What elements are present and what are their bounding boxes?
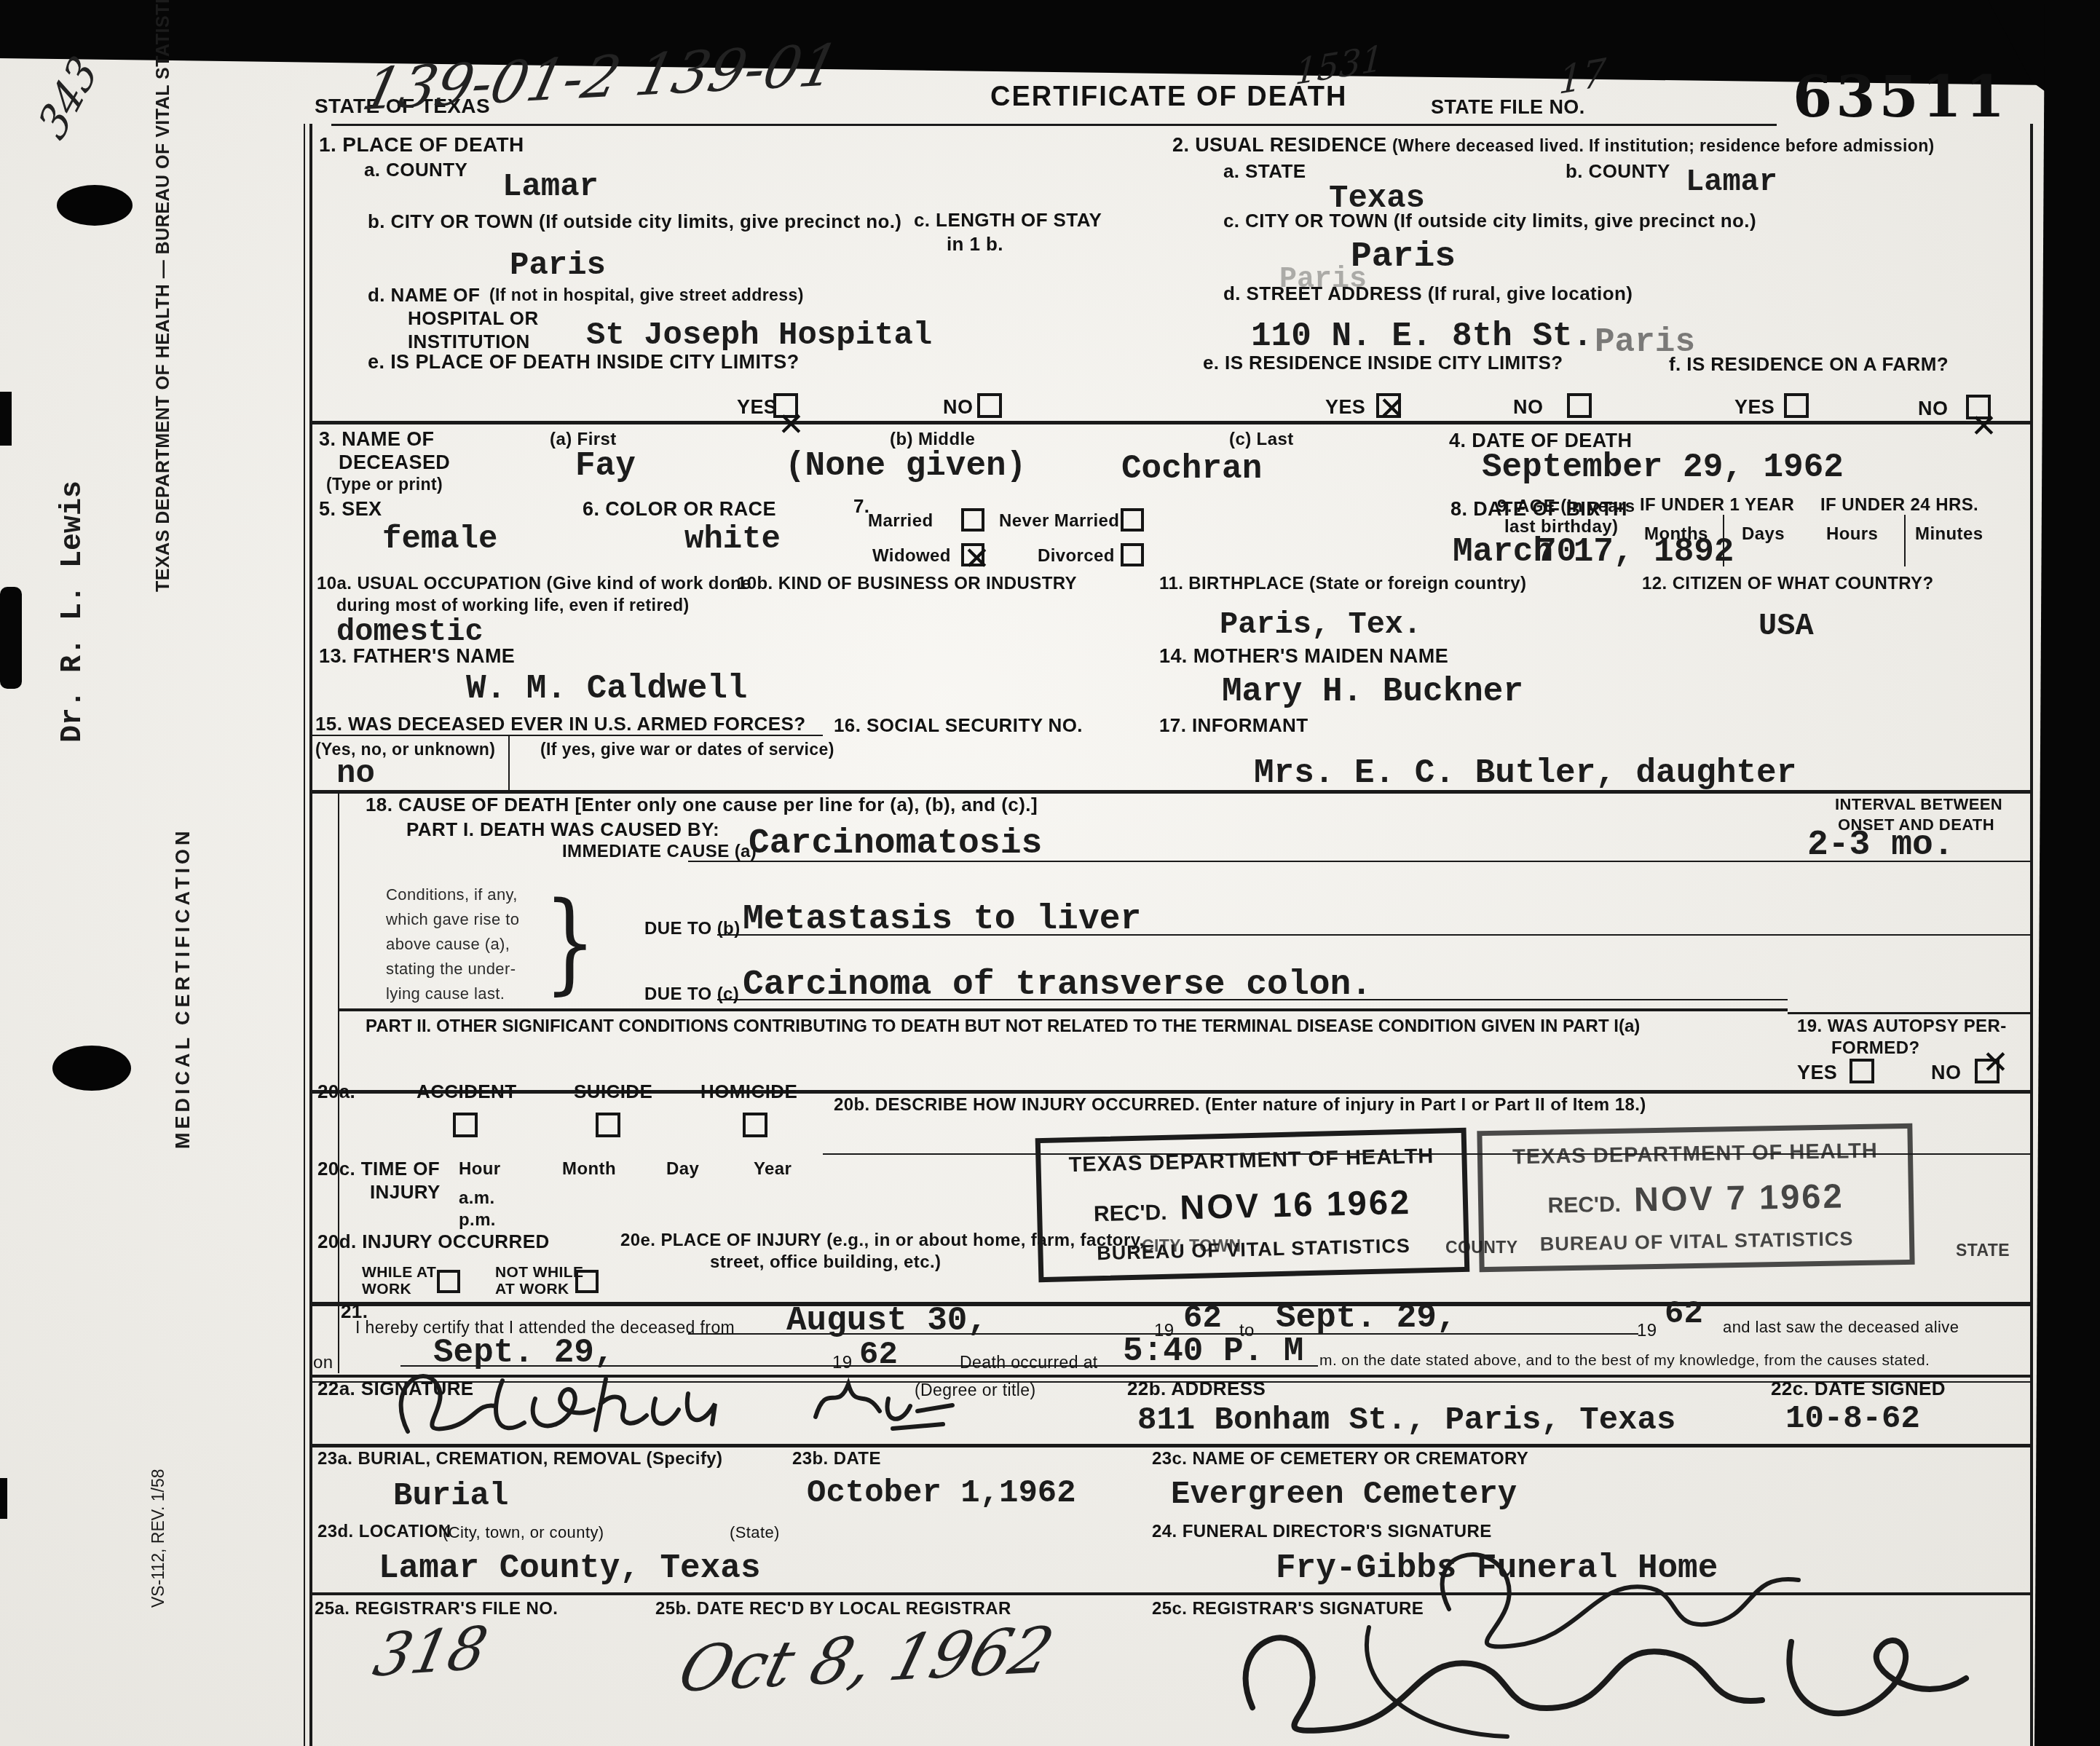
occupation-label2: during most of working life, even if ret… xyxy=(336,596,689,615)
location-sub2: (State) xyxy=(730,1523,780,1542)
location-sub1: (City, town, or county) xyxy=(443,1523,604,1542)
burial-value: Burial xyxy=(393,1478,508,1514)
occupation-label: 10a. USUAL OCCUPATION (Give kind of work… xyxy=(317,574,751,594)
while-at-work-label2: WORK xyxy=(362,1281,411,1298)
attended-to-value: Sept. 29, xyxy=(1276,1299,1456,1337)
autopsy-yes-checkbox xyxy=(1850,1059,1874,1083)
address-value: 811 Bonham St., Paris, Texas xyxy=(1137,1402,1675,1439)
due-to-c-value: Carcinoma of transverse colon. xyxy=(743,965,1372,1005)
stamp-agency-text: TEXAS DEPARTMENT OF HEALTH xyxy=(1512,1139,1878,1170)
father-label: 13. FATHER'S NAME xyxy=(319,645,515,668)
cert-text-2: and last saw the deceased alive xyxy=(1723,1318,1959,1337)
pod-no-label: NO xyxy=(943,396,973,419)
accident-label: ACCIDENT xyxy=(417,1081,517,1103)
res-county-value: Lamar xyxy=(1686,165,1777,200)
immediate-cause-label: IMMEDIATE CAUSE (a) xyxy=(562,842,757,862)
res-yes-label: YES xyxy=(1325,396,1365,419)
not-while-label1: NOT WHILE xyxy=(495,1264,583,1281)
never-married-label: Never Married xyxy=(999,511,1119,532)
rule xyxy=(508,735,510,790)
cert-19-b: 19 xyxy=(1637,1321,1657,1341)
res-no-label: NO xyxy=(1513,396,1543,419)
under-24-hrs-label: IF UNDER 24 HRS. xyxy=(1820,495,1978,515)
farm-no-label: NO xyxy=(1918,398,1948,420)
suicide-label: SUICIDE xyxy=(574,1081,652,1103)
pod-hospital-label: d. NAME OF xyxy=(368,284,480,307)
conditions-note-3: above cause (a), xyxy=(386,935,510,954)
due-to-c-label: DUE TO (c) xyxy=(644,984,739,1005)
attended-from-value: August 30, xyxy=(786,1302,987,1340)
suicide-checkbox xyxy=(596,1113,620,1137)
conditions-note-1: Conditions, if any, xyxy=(386,885,518,904)
margin-agency-text: TEXAS DEPARTMENT OF HEALTH — BUREAU OF V… xyxy=(153,195,174,592)
pod-section-label: 1. PLACE OF DEATH xyxy=(319,133,524,157)
injury-20e-label2: street, office building, etc.) xyxy=(710,1252,941,1273)
scan-speck xyxy=(0,1478,7,1519)
accident-checkbox xyxy=(453,1113,478,1137)
physician-signature-script xyxy=(379,1359,954,1453)
received-stamp-nov7: TEXAS DEPARTMENT OF HEALTH REC'D.NOV 7 1… xyxy=(1477,1123,1914,1272)
pod-city-label: b. CITY OR TOWN (If outside city limits,… xyxy=(368,210,901,233)
armed-forces-label: 15. WAS DECEASED EVER IN U.S. ARMED FORC… xyxy=(315,713,806,735)
race-label: 6. COLOR OR RACE xyxy=(583,498,776,521)
sex-label: 5. SEX xyxy=(319,498,382,521)
stamp-date: NOV 7 1962 xyxy=(1633,1176,1844,1220)
scan-edge-right xyxy=(2034,0,2100,1746)
res-section-label: 2. USUAL RESIDENCE xyxy=(1172,134,1387,157)
rule xyxy=(1788,1012,2032,1014)
injury-20c-label2: INJURY xyxy=(370,1181,441,1204)
burial-date-label: 23b. DATE xyxy=(792,1449,881,1469)
margin-doctor-name: Dr. R. L. Lewis xyxy=(57,415,90,743)
not-while-label2: AT WORK xyxy=(495,1281,569,1298)
not-while-checkbox xyxy=(575,1270,599,1293)
pod-city-value: Paris xyxy=(510,248,606,284)
res-street-value: 110 N. E. 8th St. xyxy=(1251,317,1592,355)
pod-no-checkbox xyxy=(977,393,1002,418)
while-at-work-checkbox xyxy=(437,1270,460,1293)
res-inside-city-label: e. IS RESIDENCE INSIDE CITY LIMITS? xyxy=(1203,352,1563,374)
cert-on-label: on xyxy=(313,1353,333,1373)
pod-hospital-paren: (If not in hospital, give street address… xyxy=(489,285,804,305)
cause-part1: PART I. DEATH WAS CAUSED BY: xyxy=(406,818,719,841)
mother-label: 14. MOTHER'S MAIDEN NAME xyxy=(1159,645,1448,668)
pod-hospital-label2: HOSPITAL OR xyxy=(408,307,539,330)
year-label: Year xyxy=(754,1159,792,1180)
margin-medical-certification: MEDICAL CERTIFICATION xyxy=(172,821,194,1149)
ssn-label: 16. SOCIAL SECURITY NO. xyxy=(834,714,1083,737)
burial-date-value: October 1,1962 xyxy=(807,1475,1076,1512)
rule xyxy=(338,1008,1788,1011)
am-label: a.m. xyxy=(459,1188,495,1209)
pod-inside-city-label: e. IS PLACE OF DEATH INSIDE CITY LIMITS? xyxy=(368,351,800,374)
autopsy-no-checkbox xyxy=(1975,1059,2000,1083)
married-label: Married xyxy=(868,511,933,532)
certificate-number: 63511 xyxy=(1793,64,2008,130)
registrar-date-value: Oct 8, 1962 xyxy=(671,1613,1061,1707)
res-county-label: b. COUNTY xyxy=(1566,160,1670,183)
date-of-death-value: September 29, 1962 xyxy=(1482,449,1844,486)
res-no-checkbox xyxy=(1567,393,1592,418)
farm-no-checkbox xyxy=(1966,395,1991,419)
first-name-value: Fay xyxy=(575,447,636,485)
immediate-cause-value: Carcinomatosis xyxy=(749,824,1042,864)
citizen-value: USA xyxy=(1758,609,1814,644)
autopsy-yes-label: YES xyxy=(1797,1062,1837,1084)
farm-yes-label: YES xyxy=(1734,396,1775,419)
scan-speck xyxy=(12,635,22,667)
hours-label: Hours xyxy=(1826,524,1878,545)
informant-value: Mrs. E. C. Butler, daughter xyxy=(1254,754,1796,792)
interval-label1: INTERVAL BETWEEN xyxy=(1835,795,2002,814)
day-label: Day xyxy=(666,1159,699,1180)
margin-page-number: 343 xyxy=(29,47,106,149)
location-value: Lamar County, Texas xyxy=(379,1549,761,1587)
stamp-bureau-text: BUREAU OF VITAL STATISTICS xyxy=(1540,1228,1854,1256)
injury-20a-label: 20a. xyxy=(317,1081,355,1103)
state-file-no-value: 17 xyxy=(1558,51,1606,104)
cemetery-label: 23c. NAME OF CEMETERY OR CREMATORY xyxy=(1152,1449,1528,1469)
birthplace-label: 11. BIRTHPLACE (State or foreign country… xyxy=(1159,574,1526,594)
location-label: 23d. LOCATION xyxy=(317,1522,451,1542)
middle-name-value: (None given) xyxy=(785,447,1026,485)
never-married-checkbox xyxy=(1121,508,1144,532)
scan-edge-top xyxy=(0,0,2100,87)
rule xyxy=(309,1090,2032,1094)
citizen-label: 12. CITIZEN OF WHAT COUNTRY? xyxy=(1642,574,1934,594)
length-of-stay-label: c. LENGTH OF STAY xyxy=(914,209,1102,232)
pod-yes-label: YES xyxy=(737,396,777,419)
stamp-date: NOV 16 1962 xyxy=(1180,1182,1412,1228)
burial-label: 23a. BURIAL, CREMATION, REMOVAL (Specify… xyxy=(317,1449,722,1469)
stamp-recd-label: REC'D. xyxy=(1547,1193,1621,1219)
stamp-bureau-text: BUREAU OF VITAL STATISTICS xyxy=(1097,1235,1410,1265)
rule xyxy=(304,124,305,1746)
homicide-checkbox xyxy=(743,1113,767,1137)
year-62-b: 62 xyxy=(1665,1296,1703,1332)
death-occurred-label: Death occurred at xyxy=(960,1353,1098,1372)
autopsy-no-label: NO xyxy=(1931,1062,1961,1084)
age-value: 70 xyxy=(1536,533,1576,571)
received-stamp-nov16: TEXAS DEPARTMENT OF HEALTH REC'D.NOV 16 … xyxy=(1035,1128,1470,1282)
res-section-paren: (Where deceased lived. If institution; r… xyxy=(1392,136,1935,156)
res-yes-checkbox xyxy=(1376,393,1401,418)
months-label: Months xyxy=(1644,524,1708,545)
sex-value: female xyxy=(382,521,497,558)
farm-yes-checkbox xyxy=(1784,393,1809,418)
days-label: Days xyxy=(1742,524,1785,545)
married-checkbox xyxy=(961,508,984,532)
age-label1: 9. AGE (In years xyxy=(1497,497,1635,517)
last-name-value: Cochran xyxy=(1121,450,1262,488)
name-label2: DECEASED xyxy=(339,451,450,474)
rule xyxy=(309,124,312,1746)
registrar-date-label: 25b. DATE REC'D BY LOCAL REGISTRAR xyxy=(655,1599,1011,1619)
res-street-label: d. STREET ADDRESS (If rural, give locati… xyxy=(1223,283,1633,305)
pod-county-label: a. COUNTY xyxy=(364,159,467,181)
due-to-b-label: DUE TO (b) xyxy=(644,919,741,939)
length-of-stay-sub: in 1 b. xyxy=(947,233,1003,256)
injury-20c-label1: 20c. TIME OF xyxy=(317,1158,440,1180)
mother-value: Mary H. Buckner xyxy=(1222,673,1523,711)
cert-text-3: m. on the date stated above, and to the … xyxy=(1319,1352,1930,1370)
scan-speck xyxy=(0,392,12,446)
res-state-label: a. STATE xyxy=(1223,160,1306,183)
conditions-brace: } xyxy=(544,880,596,1006)
res-farm-label: f. IS RESIDENCE ON A FARM? xyxy=(1669,353,1949,376)
homicide-label: HOMICIDE xyxy=(700,1081,797,1103)
conditions-note-2: which gave rise to xyxy=(386,910,519,929)
industry-label: 10b. KIND OF BUSINESS OR INDUSTRY xyxy=(737,574,1077,594)
conditions-note-5: lying cause last. xyxy=(386,984,505,1003)
interval-value: 2-3 mo. xyxy=(1807,826,1954,865)
death-certificate-scan: 343 Dr. R. L. Lewis TEXAS DEPARTMENT OF … xyxy=(0,0,2100,1746)
armed-forces-value: no xyxy=(336,756,375,792)
rule xyxy=(331,124,1777,126)
cause-label: 18. CAUSE OF DEATH [Enter only one cause… xyxy=(366,794,1038,816)
name-label1: 3. NAME OF xyxy=(319,428,435,451)
rule xyxy=(1904,515,1906,566)
pm-label: p.m. xyxy=(459,1210,496,1231)
punch-hole xyxy=(57,185,133,226)
divorced-label: Divorced xyxy=(1038,546,1115,566)
conditions-note-4: stating the under- xyxy=(386,960,516,979)
informant-label: 17. INFORMANT xyxy=(1159,714,1308,737)
pod-yes-checkbox xyxy=(773,393,798,418)
widowed-checkbox xyxy=(961,543,984,566)
divorced-checkbox xyxy=(1121,543,1144,566)
date-signed-label: 22c. DATE SIGNED xyxy=(1771,1378,1946,1400)
last-name-label: (c) Last xyxy=(1229,430,1294,450)
rule xyxy=(309,421,2032,424)
pod-county-value: Lamar xyxy=(502,169,599,205)
occupation-value: domestic xyxy=(336,615,483,649)
widowed-label: Widowed xyxy=(872,546,951,566)
death-time-value: 5:40 P. M xyxy=(1123,1332,1303,1370)
address-label: 22b. ADDRESS xyxy=(1127,1378,1266,1400)
armed-forces-sub2: (If yes, give war or dates of service) xyxy=(540,740,834,759)
autopsy-label1: 19. WAS AUTOPSY PER- xyxy=(1797,1016,2007,1037)
registrar-file-no-label: 25a. REGISTRAR'S FILE NO. xyxy=(315,1599,558,1619)
registrar-signature-script xyxy=(1194,1598,1995,1744)
stamp-recd-label: REC'D. xyxy=(1094,1201,1167,1227)
cause-part2: PART II. OTHER SIGNIFICANT CONDITIONS CO… xyxy=(366,1016,1640,1037)
injury-20b-label: 20b. DESCRIBE HOW INJURY OCCURRED. (Ente… xyxy=(834,1095,1646,1115)
registrar-file-no-value: 318 xyxy=(368,1613,493,1690)
stamp-agency-text: TEXAS DEPARTMENT OF HEALTH xyxy=(1068,1145,1434,1177)
while-at-work-label1: WHILE AT xyxy=(362,1264,436,1281)
pod-hospital-value: St Joseph Hospital xyxy=(586,317,932,354)
year-62-a: 62 xyxy=(1183,1300,1222,1337)
father-value: W. M. Caldwell xyxy=(466,670,747,708)
pod-hospital-label3: INSTITUTION xyxy=(408,331,530,353)
injury-20f-state-label: STATE xyxy=(1956,1241,2010,1260)
minutes-label: Minutes xyxy=(1915,524,1983,545)
res-city-label: c. CITY OR TOWN (If outside city limits,… xyxy=(1223,210,1756,232)
birthplace-value: Paris, Tex. xyxy=(1220,607,1421,642)
rule xyxy=(309,1302,2032,1306)
month-label: Month xyxy=(562,1159,616,1180)
due-to-b-value: Metastasis to liver xyxy=(743,900,1141,939)
race-value: white xyxy=(684,521,781,558)
margin-form-number: VS-112, REV. 1/58 xyxy=(149,1411,168,1608)
punch-hole xyxy=(52,1046,131,1091)
hour-label: Hour xyxy=(459,1159,501,1180)
injury-20d-label: 20d. INJURY OCCURRED xyxy=(317,1231,550,1253)
date-signed-value: 10-8-62 xyxy=(1785,1401,1920,1437)
autopsy-label2: FORMED? xyxy=(1831,1038,1919,1059)
under-1-year-label: IF UNDER 1 YEAR xyxy=(1640,495,1794,515)
name-label3: (Type or print) xyxy=(326,475,443,494)
cemetery-value: Evergreen Cemetery xyxy=(1171,1477,1517,1513)
